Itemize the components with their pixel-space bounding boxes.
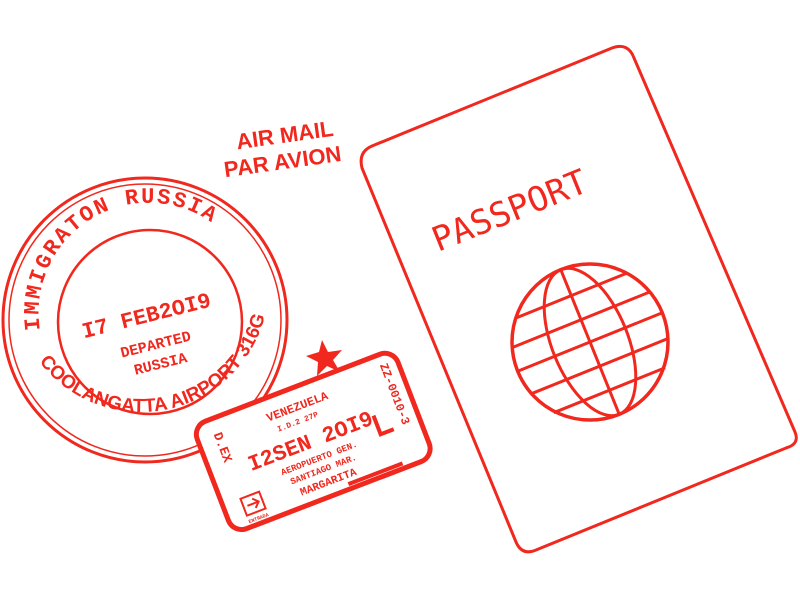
globe-icon — [488, 240, 691, 443]
airmail-label: AIR MAIL PAR AVION — [219, 115, 343, 182]
passport: PASSPORT — [361, 46, 796, 551]
russia-date: I7 FEB2OI9 — [80, 289, 214, 345]
stamp-illustration: AIR MAIL PAR AVION IMMIGRATON RUSSIA COO… — [0, 0, 800, 600]
passport-cover-outline — [361, 46, 796, 551]
passport-title: PASSPORT — [426, 162, 593, 260]
